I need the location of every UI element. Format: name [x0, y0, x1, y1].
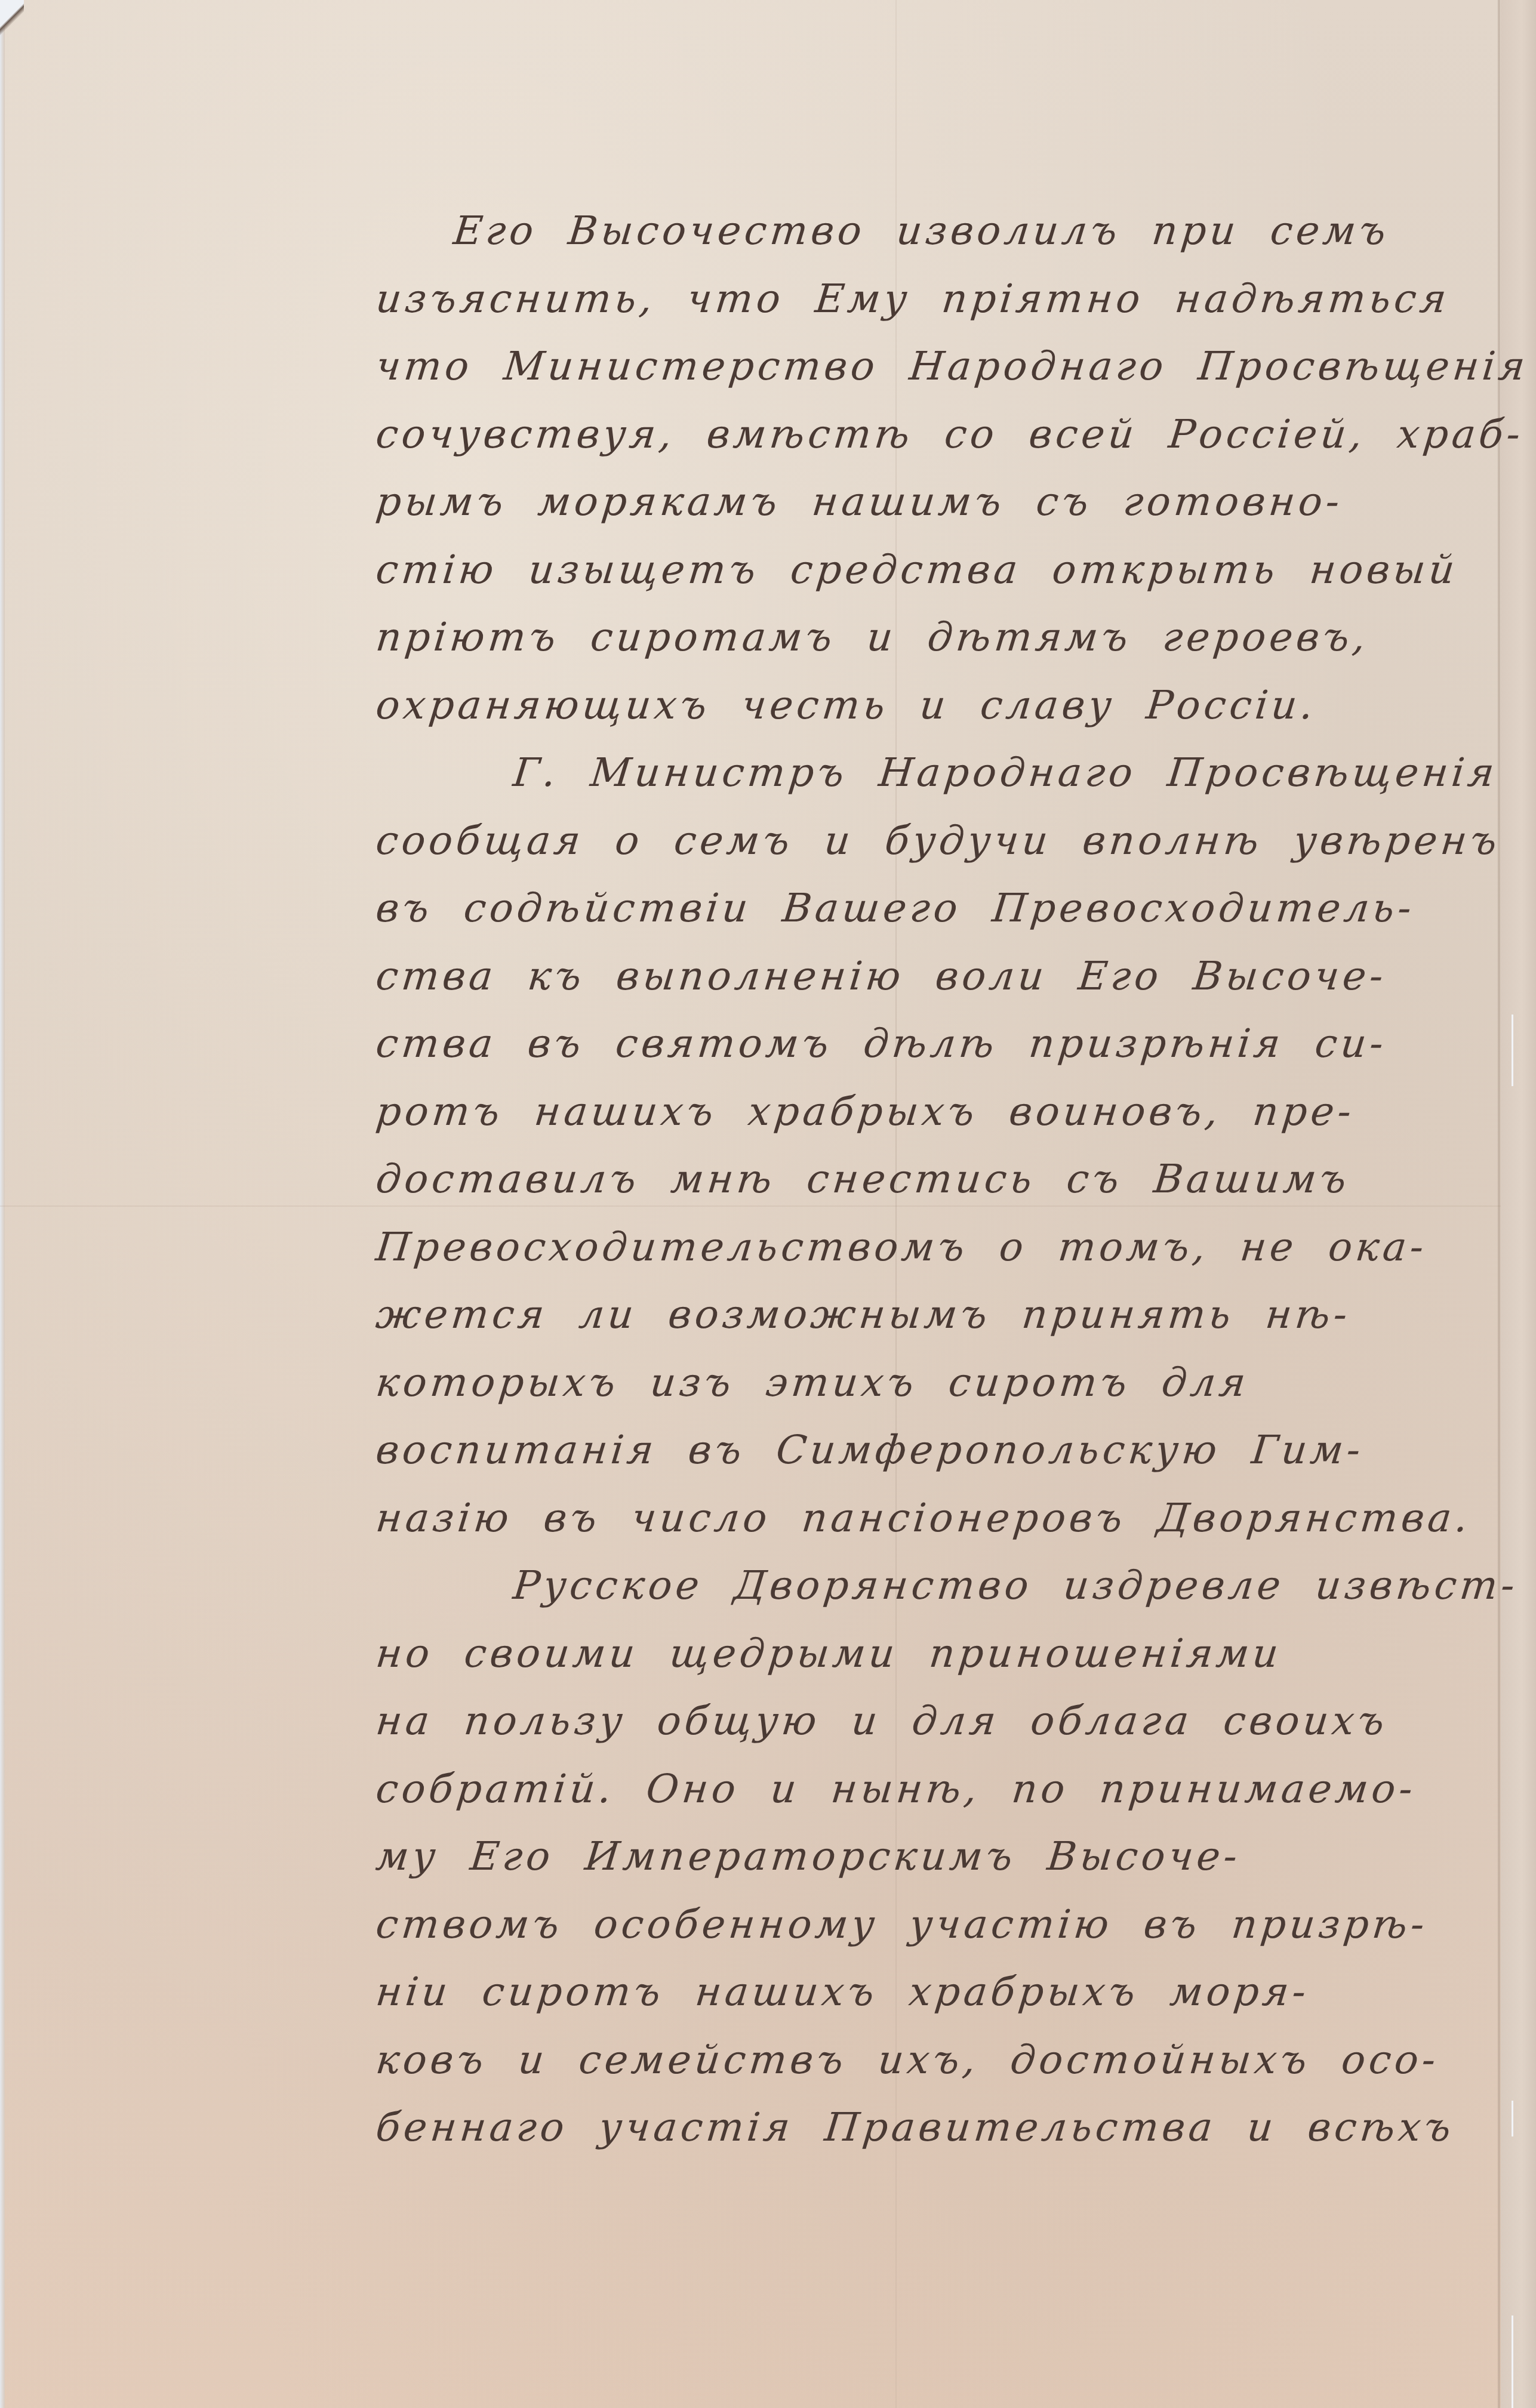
text-line: доставилъ мнѣ снестись съ Вашимъ	[373, 1145, 1502, 1213]
text-line: сочувствуя, вмѣстѣ со всей Россіей, храб…	[373, 400, 1502, 468]
paragraph-1: Его Высочество изволилъ при семъ изъясни…	[376, 197, 1498, 739]
text-line: назію въ число пансіонеровъ Дворянства.	[373, 1484, 1502, 1552]
text-line: ства въ святомъ дѣлѣ призрѣнія си-	[373, 1010, 1502, 1078]
paper-left-edge	[0, 0, 5, 2408]
text-line: стію изыщетъ средства открыть новый	[373, 536, 1502, 604]
text-line: Русское Дворянство издревле извѣст-	[373, 1552, 1502, 1620]
text-line: изъяснить, что Ему пріятно надѣяться	[373, 265, 1502, 333]
text-line: воспитанія въ Симферопольскую Гим-	[373, 1416, 1502, 1484]
paragraph-3: Русское Дворянство издревле извѣст- но с…	[376, 1552, 1498, 2162]
text-line: жется ли возможнымъ принять нѣ-	[373, 1281, 1502, 1349]
text-line: въ содѣйствіи Вашего Превосходитель-	[373, 874, 1502, 942]
text-line: что Министерство Народнаго Просвѣщенія	[373, 332, 1502, 400]
text-line: ніи сиротъ нашихъ храбрыхъ моря-	[373, 1958, 1502, 2026]
text-line: пріютъ сиротамъ и дѣтямъ героевъ,	[373, 603, 1502, 671]
paragraph-2: Г. Министръ Народнаго Просвѣщенія сообща…	[376, 739, 1498, 1552]
edge-tear	[1512, 1015, 1513, 1086]
text-line: беннаго участія Правительства и всѣхъ	[373, 2093, 1502, 2162]
text-line: ства къ выполненію воли Его Высоче-	[373, 942, 1502, 1010]
edge-tear	[1512, 2101, 1513, 2136]
text-line: собратій. Оно и нынѣ, по принимаемо-	[373, 1755, 1502, 1823]
text-line: на пользу общую и для облага своихъ	[373, 1687, 1502, 1755]
text-line: Его Высочество изволилъ при семъ	[373, 197, 1502, 265]
text-line: сообщая о семъ и будучи вполнѣ увѣренъ	[373, 807, 1502, 875]
text-line: му Его Императорскимъ Высоче-	[373, 1823, 1502, 1891]
text-line: рымъ морякамъ нашимъ съ готовно-	[373, 468, 1502, 536]
torn-corner	[0, 0, 24, 36]
text-line: Г. Министръ Народнаго Просвѣщенія	[373, 739, 1502, 807]
document-page: Его Высочество изволилъ при семъ изъясни…	[0, 0, 1536, 2408]
text-line: ротъ нашихъ храбрыхъ воиновъ, пре-	[373, 1078, 1502, 1146]
text-line: ковъ и семействъ ихъ, достойныхъ осо-	[373, 2026, 1502, 2094]
handwritten-text: Его Высочество изволилъ при семъ изъясни…	[376, 197, 1498, 2162]
edge-tear	[1512, 2315, 1513, 2408]
text-line: которыхъ изъ этихъ сиротъ для	[373, 1349, 1502, 1417]
text-line: но своими щедрыми приношеніями	[373, 1620, 1502, 1688]
text-line: Превосходительствомъ о томъ, не ока-	[373, 1213, 1502, 1281]
text-line: ствомъ особенному участію въ призрѣ-	[373, 1891, 1502, 1959]
text-line: охраняющихъ честь и славу Россіи.	[373, 671, 1502, 739]
